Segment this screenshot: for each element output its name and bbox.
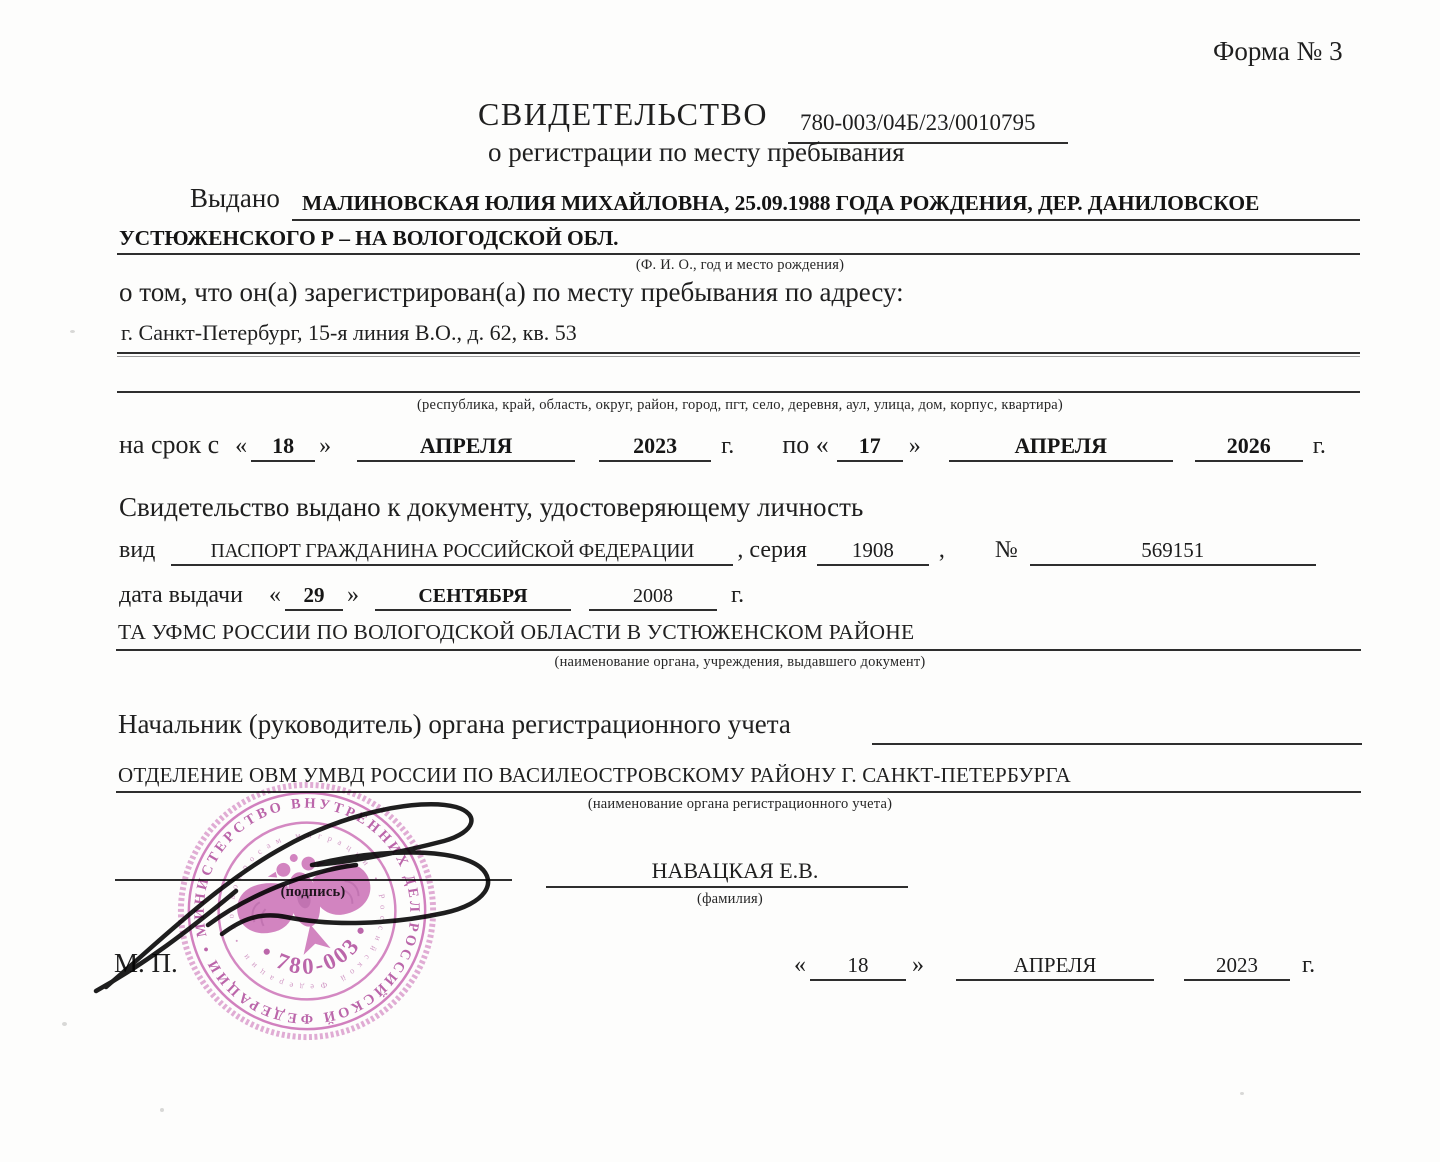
type-label: вид [119, 537, 155, 564]
document-intro: Свидетельство выдано к документу, удосто… [119, 492, 863, 523]
series-label: , серия [737, 537, 806, 564]
type-value: ПАСПОРТ ГРАЖДАНИНА РОССИЙСКОЙ ФЕДЕРАЦИИ [171, 541, 733, 566]
quote-open-1: « [235, 433, 247, 460]
issuing-authority: ТА УФМС РОССИИ ПО ВОЛОГОДСКОЙ ОБЛАСТИ В … [118, 620, 914, 645]
name-underline-1 [292, 219, 1360, 221]
quote-open-4: « [794, 952, 806, 979]
period-to-year: 2026 [1195, 433, 1303, 462]
signature-ink [88, 775, 568, 1000]
number-label: № [995, 537, 1018, 564]
scan-speck [70, 330, 75, 333]
issue-date-label: дата выдачи [119, 582, 243, 609]
issue-month: СЕНТЯБРЯ [375, 585, 571, 611]
period-to-day: 17 [837, 433, 903, 462]
issue-date-year: 2023 [1184, 953, 1290, 981]
quote-close-3: » [347, 582, 359, 609]
period-label: на срок с [119, 430, 219, 460]
authority-underline [116, 649, 1361, 651]
period-row: на срок с « 18 » АПРЕЛЯ 2023 г. по « 17 … [119, 430, 1326, 462]
holder-name-line1: МАЛИНОВСКАЯ ЮЛИЯ МИХАЙЛОВНА, 25.09.1988 … [302, 191, 1259, 216]
issue-day: 29 [285, 583, 343, 611]
form-number-label: Форма № 3 [1213, 36, 1343, 67]
chief-underline [872, 743, 1362, 745]
quote-close-2: » [909, 433, 921, 460]
certificate-number: 780-003/04Б/23/0010795 [800, 110, 1036, 136]
year-suffix-1: г. [721, 433, 734, 460]
address-underline-2 [117, 391, 1360, 393]
period-from-year: 2023 [599, 433, 711, 462]
issue-date-g: г. [1302, 952, 1315, 979]
issue-g: г. [731, 582, 744, 609]
issue-date-month: АПРЕЛЯ [956, 953, 1154, 981]
name-caption: (Ф. И. О., год и место рождения) [540, 257, 940, 274]
number-value: 569151 [1030, 538, 1316, 566]
address-underline-1 [117, 352, 1360, 354]
period-to-label: по « [782, 430, 828, 460]
document-title: СВИДЕТЕЛЬСТВО [478, 96, 768, 133]
issue-date-day: 18 [810, 953, 906, 981]
quote-close-1: » [319, 433, 331, 460]
period-to-month: АПРЕЛЯ [949, 433, 1173, 462]
issue-year: 2008 [589, 585, 717, 611]
document-issue-date-row: дата выдачи « 29 » СЕНТЯБРЯ 2008 г. [119, 582, 744, 611]
issue-date-row: « 18 » АПРЕЛЯ 2023 г. [794, 952, 1315, 981]
chief-label: Начальник (руководитель) органа регистра… [118, 709, 791, 740]
document-subtitle: о регистрации по месту пребывания [488, 137, 905, 168]
scan-speck [1240, 1092, 1244, 1095]
authority-caption: (наименование органа, учреждения, выдавш… [420, 654, 1060, 671]
period-from-day: 18 [251, 433, 315, 462]
year-suffix-2: г. [1313, 433, 1326, 460]
quote-close-4: » [912, 952, 924, 979]
registration-statement: о том, что он(а) зарегистрирован(а) по м… [119, 277, 904, 308]
address-underline-1b [117, 356, 1360, 357]
name-underline-2 [117, 253, 1360, 255]
certificate-document: Форма № 3 СВИДЕТЕЛЬСТВО 780-003/04Б/23/0… [0, 0, 1440, 1162]
scan-speck [62, 1022, 67, 1026]
surname-line [546, 886, 908, 888]
surname-caption: (фамилия) [630, 891, 830, 908]
issued-label: Выдано [190, 183, 280, 214]
chief-surname: НАВАЦКАЯ Е.В. [560, 858, 910, 884]
period-from-month: АПРЕЛЯ [357, 433, 575, 462]
series-value: 1908 [817, 538, 929, 566]
document-type-row: вид ПАСПОРТ ГРАЖДАНИНА РОССИЙСКОЙ ФЕДЕРА… [119, 537, 1316, 566]
registration-address: г. Санкт-Петербург, 15-я линия В.О., д. … [121, 320, 577, 346]
address-caption: (республика, край, область, округ, район… [300, 397, 1180, 414]
scan-speck [160, 1108, 164, 1112]
quote-open-3: « [269, 582, 281, 609]
series-comma: , [939, 537, 945, 564]
holder-name-line2: УСТЮЖЕНСКОГО Р – НА ВОЛОГОДСКОЙ ОБЛ. [119, 226, 618, 251]
